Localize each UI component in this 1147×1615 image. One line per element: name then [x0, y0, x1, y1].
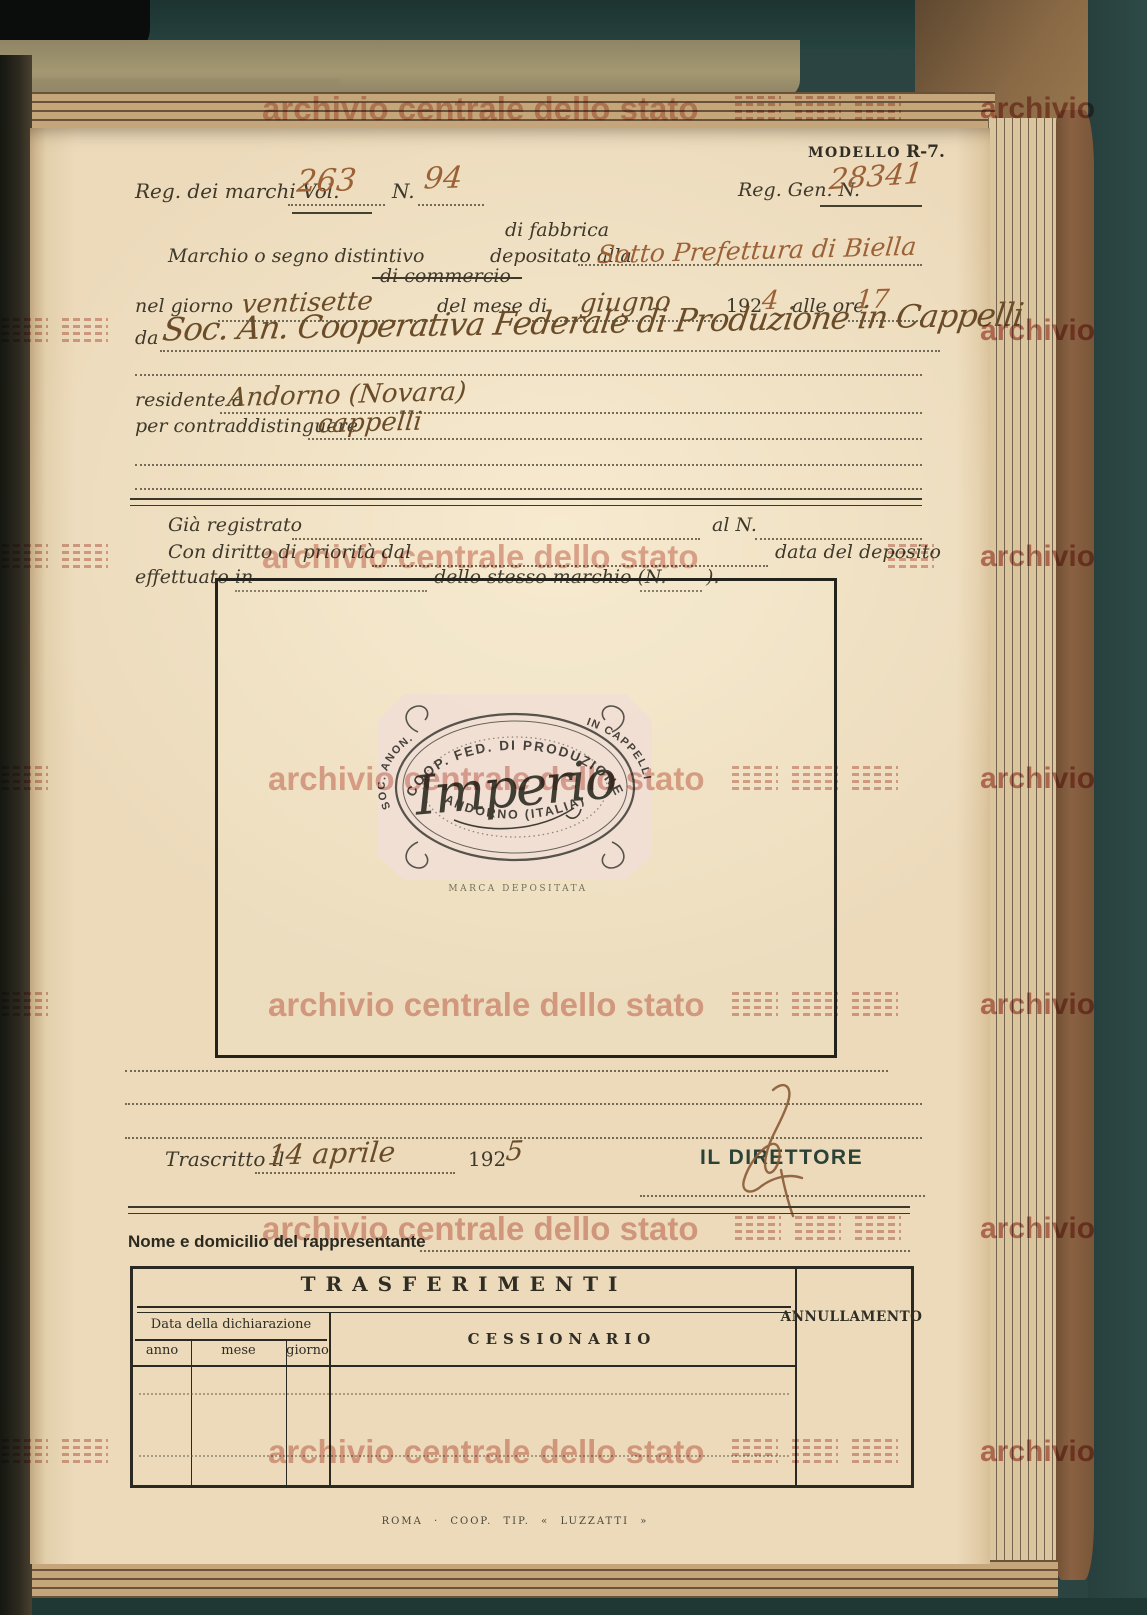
binding-shadow-left — [0, 55, 32, 1615]
rappresentante-label: Nome e domicilio del rappresentante — [128, 1232, 426, 1252]
empty-row-line — [139, 1393, 789, 1395]
gia-registrato-label: Già registrato — [168, 515, 302, 536]
empty-row-line — [139, 1455, 789, 1457]
annullamento-header: ANNULLAMENTO — [795, 1269, 908, 1365]
marchio-label: Marchio o segno distintivo — [168, 246, 424, 267]
contraddistinguere-value-handwritten: cappelli — [317, 409, 423, 438]
dotted-line — [640, 1195, 925, 1197]
scanned-register-page: MODELLO R-7. Reg. dei marchi Vol. 263 N.… — [0, 0, 1147, 1615]
dotted-line — [160, 350, 940, 352]
dotted-line — [755, 538, 922, 540]
n-label: N. — [392, 180, 415, 202]
vol-value-handwritten: 263 — [295, 165, 357, 198]
trascritto-anno-digit-handwritten: 5 — [505, 1138, 525, 1165]
al-n-label: al N. — [712, 515, 757, 536]
dotted-line — [125, 1070, 888, 1072]
rule-under-reg-gen — [820, 205, 922, 207]
dotted-line — [135, 488, 922, 490]
dotted-line — [255, 1172, 455, 1174]
column-divider — [329, 1313, 331, 1485]
double-rule — [128, 1206, 910, 1214]
n-value-handwritten: 94 — [422, 164, 463, 195]
reg-gen-value-handwritten: 28341 — [828, 159, 924, 194]
anno-header: anno — [133, 1343, 191, 1358]
column-divider — [286, 1341, 287, 1485]
book-cover-right — [1088, 0, 1147, 1615]
cessionario-header: CESSIONARIO — [329, 1313, 795, 1365]
da-label: da — [135, 328, 159, 349]
director-signature — [718, 1078, 828, 1218]
column-divider — [191, 1341, 192, 1485]
mese-header: mese — [191, 1343, 286, 1358]
data-dichiarazione-header: Data della dichiarazione — [135, 1317, 327, 1332]
data-deposito-label: data del deposito — [775, 542, 941, 563]
page-edges-top — [0, 92, 995, 132]
table-title: TRASFERIMENTI — [133, 1272, 795, 1296]
dotted-line — [288, 204, 385, 206]
trademark-caption: MARCA DEPOSITATA — [438, 884, 598, 894]
priorita-label: Con diritto di priorità dal — [168, 542, 411, 563]
dotted-line — [578, 264, 922, 266]
dotted-line — [135, 374, 922, 376]
trascritto-anno-prefix: 192 — [468, 1148, 506, 1170]
dotted-line — [135, 464, 922, 466]
page-stack-right — [988, 118, 1056, 1568]
page-edges-bottom — [28, 1560, 1058, 1602]
torn-spine-edge — [1052, 110, 1094, 1580]
title-underline — [137, 1306, 791, 1313]
trascritto-date-handwritten: 14 aprile — [266, 1138, 396, 1169]
trademark-image: COOP. FED. DI PRODUZIONE ANDORNO (ITALIA… — [378, 690, 652, 882]
giorno-header: giorno — [286, 1343, 329, 1358]
double-rule — [130, 498, 922, 506]
transfers-table: TRASFERIMENTI ANNULLAMENTO Data della di… — [130, 1266, 914, 1488]
printer-imprint: ROMA · COOP. TIP. « LUZZATTI » — [330, 1516, 700, 1527]
residente-value-handwritten: Andorno (Novara) — [226, 379, 467, 411]
book-cover-bottom — [0, 1598, 1147, 1615]
di-fabbrica-label: di fabbrica — [505, 220, 609, 241]
dotted-line — [308, 438, 922, 440]
dotted-line — [420, 1250, 910, 1252]
rule-under-vol — [292, 212, 372, 214]
strikethrough-line — [372, 277, 522, 279]
row-divider — [135, 1339, 327, 1341]
dotted-line — [292, 538, 700, 540]
header-bottom-rule — [133, 1365, 795, 1367]
dotted-line — [418, 204, 484, 206]
